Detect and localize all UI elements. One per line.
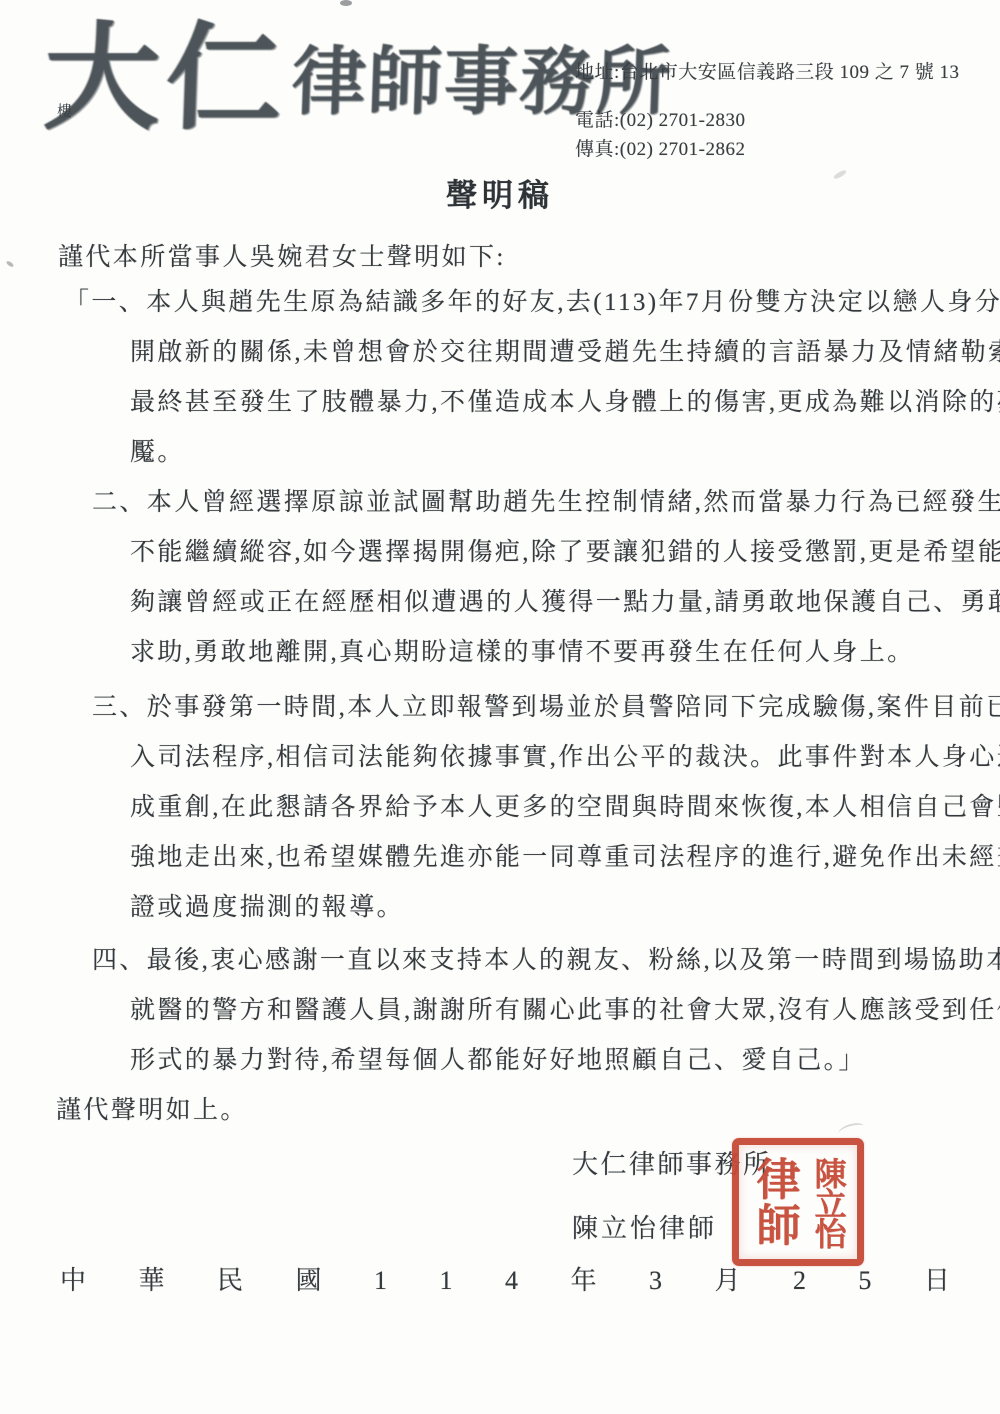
- paragraph-4-line: 就醫的警方和醫護人員,謝謝所有關心此事的社會大眾,沒有人應該受到任何: [56, 986, 956, 1036]
- date-char: 月: [714, 1264, 740, 1298]
- paragraph-3-line: 三、於事發第一時間,本人立即報警到場並於員警陪同下完成驗傷,案件目前已進: [56, 683, 956, 733]
- date-char: 中: [60, 1264, 86, 1298]
- date-char: 國: [296, 1264, 322, 1298]
- firm-logo-main-text: 大仁: [42, 22, 290, 138]
- firm-address: 地址:台北市大安區信義路三段 109 之 7 號 13: [575, 58, 960, 87]
- closing-line: 謹代聲明如上。: [56, 1086, 956, 1136]
- firm-fax: 傳真:(02) 2701-2862: [575, 135, 960, 164]
- seal-left-column-text: 律師: [752, 1156, 796, 1248]
- date-char: 1: [439, 1264, 452, 1298]
- paragraph-2-line: 不能繼續縱容,如今選擇揭開傷疤,除了要讓犯錯的人接受懲罰,更是希望能: [56, 528, 956, 578]
- paragraph-1-line: 開啟新的關係,未曾想會於交往期間遭受趙先生持續的言語暴力及情緒勒索,: [56, 328, 956, 378]
- date-char: 3: [649, 1264, 662, 1298]
- document-title: 聲明稿: [0, 170, 1000, 215]
- paragraph-2-line: 二、本人曾經選擇原諒並試圖幫助趙先生控制情緒,然而當暴力行為已經發生,便: [56, 478, 956, 528]
- paragraph-1-line: 魘。: [56, 428, 956, 478]
- statement-body: 「一、本人與趙先生原為結識多年的好友,去(113)年7月份雙方決定以戀人身分 開…: [56, 278, 956, 1136]
- paragraph-1: 「一、本人與趙先生原為結識多年的好友,去(113)年7月份雙方決定以戀人身分 開…: [56, 278, 956, 478]
- statement-document-page: 大仁 律師事務所 樓 地址:台北市大安區信義路三段 109 之 7 號 13 電…: [0, 0, 1000, 1414]
- date-char: 民: [217, 1264, 243, 1298]
- paragraph-1-line: 「一、本人與趙先生原為結識多年的好友,去(113)年7月份雙方決定以戀人身分: [56, 278, 956, 328]
- seal-right-column-text: 陳立怡: [813, 1157, 845, 1247]
- scan-mark-artifact: [6, 260, 15, 268]
- scan-overprint-character: 樓: [57, 100, 72, 121]
- paragraph-4-line: 四、最後,衷心感謝一直以來支持本人的親友、粉絲,以及第一時間到場協助本人: [56, 936, 956, 986]
- date-char: 日: [924, 1264, 950, 1298]
- paragraph-4: 四、最後,衷心感謝一直以來支持本人的親友、粉絲,以及第一時間到場協助本人 就醫的…: [56, 936, 956, 1086]
- paragraph-2-line: 求助,勇敢地離開,真心期盼這樣的事情不要再發生在任何人身上。: [56, 628, 956, 678]
- paragraph-3-line: 入司法程序,相信司法能夠依據事實,作出公平的裁決。此事件對本人身心造: [56, 733, 956, 783]
- paragraph-4-line: 形式的暴力對待,希望每個人都能好好地照顧自己、愛自己。」: [56, 1036, 956, 1086]
- paragraph-2: 二、本人曾經選擇原諒並試圖幫助趙先生控制情緒,然而當暴力行為已經發生,便 不能繼…: [56, 478, 956, 678]
- date-char: 5: [858, 1264, 871, 1298]
- date-char: 2: [793, 1264, 806, 1298]
- date-char: 華: [139, 1264, 165, 1298]
- paragraph-1-line: 最終甚至發生了肢體暴力,不僅造成本人身體上的傷害,更成為難以消除的夢: [56, 378, 956, 428]
- paragraph-3-line: 成重創,在此懇請各界給予本人更多的空間與時間來恢復,本人相信自己會堅: [56, 783, 956, 833]
- roc-date-line: 中 華 民 國 1 1 4 年 3 月 2 5 日: [60, 1264, 950, 1298]
- date-char: 1: [374, 1264, 387, 1298]
- paragraph-3-line: 強地走出來,也希望媒體先進亦能一同尊重司法程序的進行,避免作出未經查: [56, 833, 956, 883]
- date-char: 4: [505, 1264, 518, 1298]
- paragraph-2-line: 夠讓曾經或正在經歷相似遭遇的人獲得一點力量,請勇敢地保護自己、勇敢地: [56, 578, 956, 628]
- firm-phone: 電話:(02) 2701-2830: [575, 106, 960, 135]
- lawyer-red-seal-stamp: 陳立怡 律師: [732, 1138, 864, 1266]
- paragraph-3-line: 證或過度揣測的報導。: [56, 883, 956, 933]
- scan-speck-artifact: [340, 0, 352, 6]
- statement-intro-line: 謹代本所當事人吳婉君女士聲明如下:: [58, 237, 506, 273]
- date-char: 年: [570, 1264, 596, 1298]
- firm-contact-block: 地址:台北市大安區信義路三段 109 之 7 號 13 電話:(02) 2701…: [575, 58, 960, 164]
- paragraph-3: 三、於事發第一時間,本人立即報警到場並於員警陪同下完成驗傷,案件目前已進 入司法…: [56, 683, 956, 933]
- signature-lawyer-name: 陳立怡律師: [572, 1208, 717, 1245]
